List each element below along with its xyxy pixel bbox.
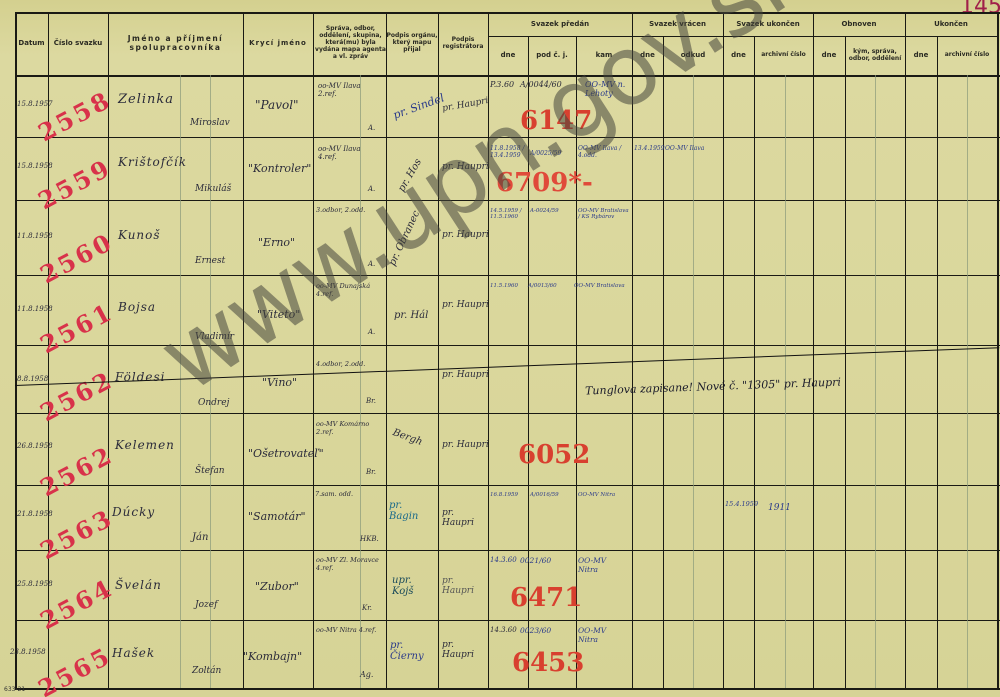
strikethrough-line — [15, 347, 999, 386]
faint-guide — [360, 75, 361, 688]
cell-predan-kam: OO-MV Nitra — [578, 492, 615, 498]
cell-jmeno: Štefan — [195, 466, 225, 476]
cell-prijmeni: Kelemen — [115, 438, 175, 452]
cell-podpis-registratora: pr. Haupri — [442, 370, 489, 380]
subheader-odkud: odkud — [663, 36, 723, 75]
cell-jmeno: Miroslav — [190, 118, 230, 128]
cell-podpis-organu: pr. Hál — [394, 310, 428, 321]
cell-predan-cj: A-0024/59 — [530, 208, 559, 214]
cell-sprava-sig: Br. — [366, 397, 376, 405]
cell-datum: 23.8.1958 — [10, 648, 46, 656]
cell-sprava: oo-MV Ilava 2.ref. — [318, 82, 380, 98]
subheader-archivni-cislo: archivní číslo — [754, 36, 813, 75]
cell-kryci-jmeno: "Kontroler" — [248, 162, 311, 175]
row-divider — [15, 550, 1000, 551]
cell-sprava-sig: A. — [368, 260, 375, 268]
cell-sprava: 4.odbor, 2.odd. — [316, 360, 365, 368]
form-code: 633-21 — [4, 686, 25, 693]
col-border — [754, 36, 755, 688]
subheader-archivni-cislo: archivní číslo — [937, 36, 997, 75]
cell-datum: 25.8.1958 — [17, 580, 53, 588]
cell-predan-dne: 14.5.1959 / 11.5.1960 — [490, 208, 530, 220]
row-divider — [15, 275, 1000, 276]
col-border — [813, 12, 814, 688]
cell-vracen-dne: 13.4.1959 — [634, 145, 665, 152]
cell-podpis-organu: Bergh — [391, 427, 424, 448]
cell-podpis-registratora: pr. Haupri — [442, 300, 489, 310]
cell-sprava-sig: Ag. — [360, 670, 373, 679]
cell-sprava: oo-MV Nitra 4.ref. — [316, 626, 378, 634]
col-border — [997, 12, 999, 688]
cell-kryci-jmeno: "Kombajn" — [243, 650, 302, 663]
cell-predan-cj: A/0013/60 — [528, 283, 557, 289]
cell-vracen-odkud: OO-MV Ilava — [665, 145, 704, 152]
cell-predan-dne: 14.3.60 — [490, 626, 517, 634]
cell-sprava-sig: A. — [368, 328, 375, 336]
cell-sprava: 3.odbor, 2.odd. — [316, 206, 365, 214]
cell-sprava-sig: Kr. — [362, 604, 372, 612]
cell-predan-kam: OO-MV n. Lehoty — [585, 80, 630, 98]
cell-sprava-sig: Br. — [366, 468, 376, 476]
cell-podpis-organu: pr. Bagin — [389, 500, 429, 522]
cell-datum: 21.8.1958 — [17, 510, 53, 518]
cell-kryci-jmeno: "Pavol" — [255, 98, 299, 112]
subheader-kym: kým, správa, odbor, oddělení — [845, 36, 905, 75]
row-divider — [15, 137, 1000, 138]
cell-predan-cj: A/0016/59 — [530, 492, 559, 498]
cell-jmeno: Zoltán — [192, 666, 221, 676]
cell-predan-kam: OO-MV Nitra — [578, 556, 623, 574]
cell-sprava-sig: A. — [368, 124, 375, 132]
cell-predan-kam: OO-MV Nitra — [578, 626, 623, 644]
cell-sprava: oo-MV Dunajská 4.ref. — [316, 282, 380, 298]
subheader-kam: kam — [576, 36, 632, 75]
cell-podpis-registratora: pr. Haupri — [442, 230, 489, 240]
header-jmeno: Jméno a příjmení spolupracovníka — [113, 12, 238, 75]
cell-datum: 26.8.1958 — [17, 442, 53, 450]
col-border — [632, 12, 633, 688]
col-border — [438, 12, 439, 688]
cell-sprava: oo-MV Zl. Moravce 4.ref. — [316, 556, 382, 572]
cell-podpis-registratora: pr. Haupri — [442, 162, 489, 172]
cell-kryci-jmeno: "Erno" — [258, 236, 295, 249]
cell-kryci-jmeno: "Zubor" — [255, 580, 299, 593]
cell-sprava-sig: A. — [368, 185, 375, 193]
cell-prijmeni: Švelán — [115, 578, 162, 592]
cell-ukoncen-dne: 15.4.1959 — [725, 500, 758, 508]
header-obnoven: Obnoven — [813, 12, 905, 36]
cell-predan-dne: 14.3.60 — [490, 556, 517, 564]
cell-kryci-jmeno: "Viteto" — [257, 308, 300, 321]
cell-sprava-sig: HKB. — [360, 535, 379, 543]
archive-stamp: 6471 — [510, 583, 582, 613]
header-ukoncen: Ukončen — [905, 12, 997, 36]
cell-kryci-jmeno: "Vino" — [262, 376, 297, 389]
row-divider — [15, 620, 1000, 621]
cell-podpis-registratora: pr. Haupri — [442, 576, 482, 596]
header-datum: Datum — [15, 12, 48, 75]
cell-predan-cj: A/0025/59 — [530, 150, 561, 157]
subheader-dne: dne — [723, 36, 754, 75]
header-svazek-ukoncen: Svazek ukončen — [723, 12, 813, 36]
cell-kryci-jmeno: "Samotár" — [248, 510, 306, 523]
archive-stamp: 6709*- — [496, 168, 593, 198]
subheader-dne: dne — [813, 36, 845, 75]
cell-jmeno: Jozef — [195, 600, 217, 610]
cell-prijmeni: Kunoš — [118, 228, 161, 242]
archive-stamp: 6147 — [520, 106, 592, 136]
col-border — [313, 12, 314, 688]
cell-prijmeni: Hašek — [112, 646, 155, 660]
faint-guide — [210, 75, 211, 688]
cell-podpis-registratora: pr. Haupri — [442, 508, 482, 528]
col-border — [488, 12, 489, 688]
col-border — [937, 36, 938, 688]
cell-podpis-registratora: pr. Haupri — [442, 440, 489, 450]
cell-jmeno: Ernest — [195, 256, 225, 266]
row-divider — [15, 485, 1000, 486]
col-border — [723, 12, 724, 688]
cancellation-note: Tunglova zapisane! Nové č. "1305" pr. Ha… — [585, 376, 841, 398]
cell-jmeno: Ján — [192, 532, 208, 543]
cell-predan-cj: 0023/60 — [520, 626, 551, 635]
cell-datum: 11.8.1958 — [17, 232, 53, 240]
header-sprava: Správa, odbor, oddělení, skupina, která(… — [315, 12, 386, 75]
cell-datum: 8.8.1958 — [17, 375, 48, 383]
cell-sprava: oo-MV Komárno 2.ref. — [316, 420, 380, 436]
cell-kryci-jmeno: "Ošetrovateľ" — [248, 447, 324, 460]
cell-predan-kam: OO-MV Bratislava — [574, 283, 625, 289]
header-svazek-vracen: Svazek vrácen — [632, 12, 723, 36]
faint-guide — [967, 75, 968, 688]
cell-predan-cj: A/0044/60 — [520, 80, 562, 89]
cell-podpis-organu: pr. Obranec — [387, 209, 422, 268]
header-kryci-jmeno: Krycí jméno — [243, 12, 313, 75]
subheader-dne: dne — [905, 36, 937, 75]
cell-predan-dne: P.3.60 — [490, 80, 514, 89]
header-podpis-registratora: Podpis registrátora — [438, 12, 488, 75]
cell-podpis-organu: upr. Kojš — [392, 575, 432, 597]
col-border — [663, 36, 664, 688]
subheader-pod-cj: pod č. j. — [528, 36, 576, 75]
archive-register-page: 145 Datum Číslo svazku Jméno a příjmení … — [0, 0, 1000, 697]
cell-prijmeni: Zelinka — [118, 92, 174, 107]
cell-datum: 11.8.1958 — [17, 305, 53, 313]
cell-sprava: 7.sam. odd. — [315, 490, 353, 498]
cell-sprava: oo-MV Ilava 4.ref. — [318, 145, 380, 161]
header-svazek-predan: Svazek předán — [488, 12, 632, 36]
cell-datum: 15.8.1957 — [17, 100, 53, 108]
cell-podpis-registratora: pr. Haupri — [442, 640, 482, 660]
header-podpis-organu: Podpis orgánu, který mapu přijal — [386, 12, 438, 75]
cell-predan-cj: 0021/60 — [520, 556, 551, 565]
cell-datum: 15.8.1958 — [17, 162, 53, 170]
cell-jmeno: Mikuláš — [195, 184, 231, 194]
subheader-dne: dne — [488, 36, 528, 75]
table-bottom-border — [15, 688, 1000, 690]
cell-jmeno: Ondrej — [198, 398, 229, 408]
cell-predan-dne: 11.5.1960 — [490, 283, 518, 289]
col-border — [243, 12, 244, 688]
cell-predan-dne: 11.8.1958 / 13.4.1959 — [490, 145, 530, 159]
header-bottom-border — [15, 75, 1000, 77]
cell-prijmeni: Krištofčík — [118, 155, 187, 169]
archive-stamp: 6453 — [512, 648, 584, 678]
cell-podpis-organu: pr. Čierny — [390, 640, 436, 662]
cell-podpis-registratora: pr. Haupri — [441, 96, 489, 114]
cell-ukoncen-archivni: 1911 — [768, 503, 791, 513]
row-divider — [15, 413, 1000, 414]
header-cislo-svazku: Číslo svazku — [48, 12, 108, 75]
row-divider — [15, 200, 1000, 201]
col-border — [845, 36, 846, 688]
subheader-dne: dne — [632, 36, 663, 75]
row-divider — [15, 345, 1000, 346]
cell-predan-kam: OO-MV Bratislava / KS Rybárov — [578, 208, 632, 220]
cell-podpis-organu: pr. Hos — [396, 157, 424, 194]
cell-prijmeni: Bojsa — [118, 300, 156, 314]
cell-predan-dne: 16.8.1959 — [490, 492, 518, 498]
faint-guide — [875, 75, 876, 688]
cell-prijmeni: Dúcky — [112, 505, 155, 519]
cell-jmeno: Vladimír — [195, 332, 234, 342]
cell-predan-kam: OO-MV Ilava / 4.odd. — [578, 145, 630, 159]
col-border — [386, 12, 387, 688]
archive-stamp: 6052 — [518, 440, 590, 470]
cell-prijmeni: Földesi — [115, 370, 166, 384]
